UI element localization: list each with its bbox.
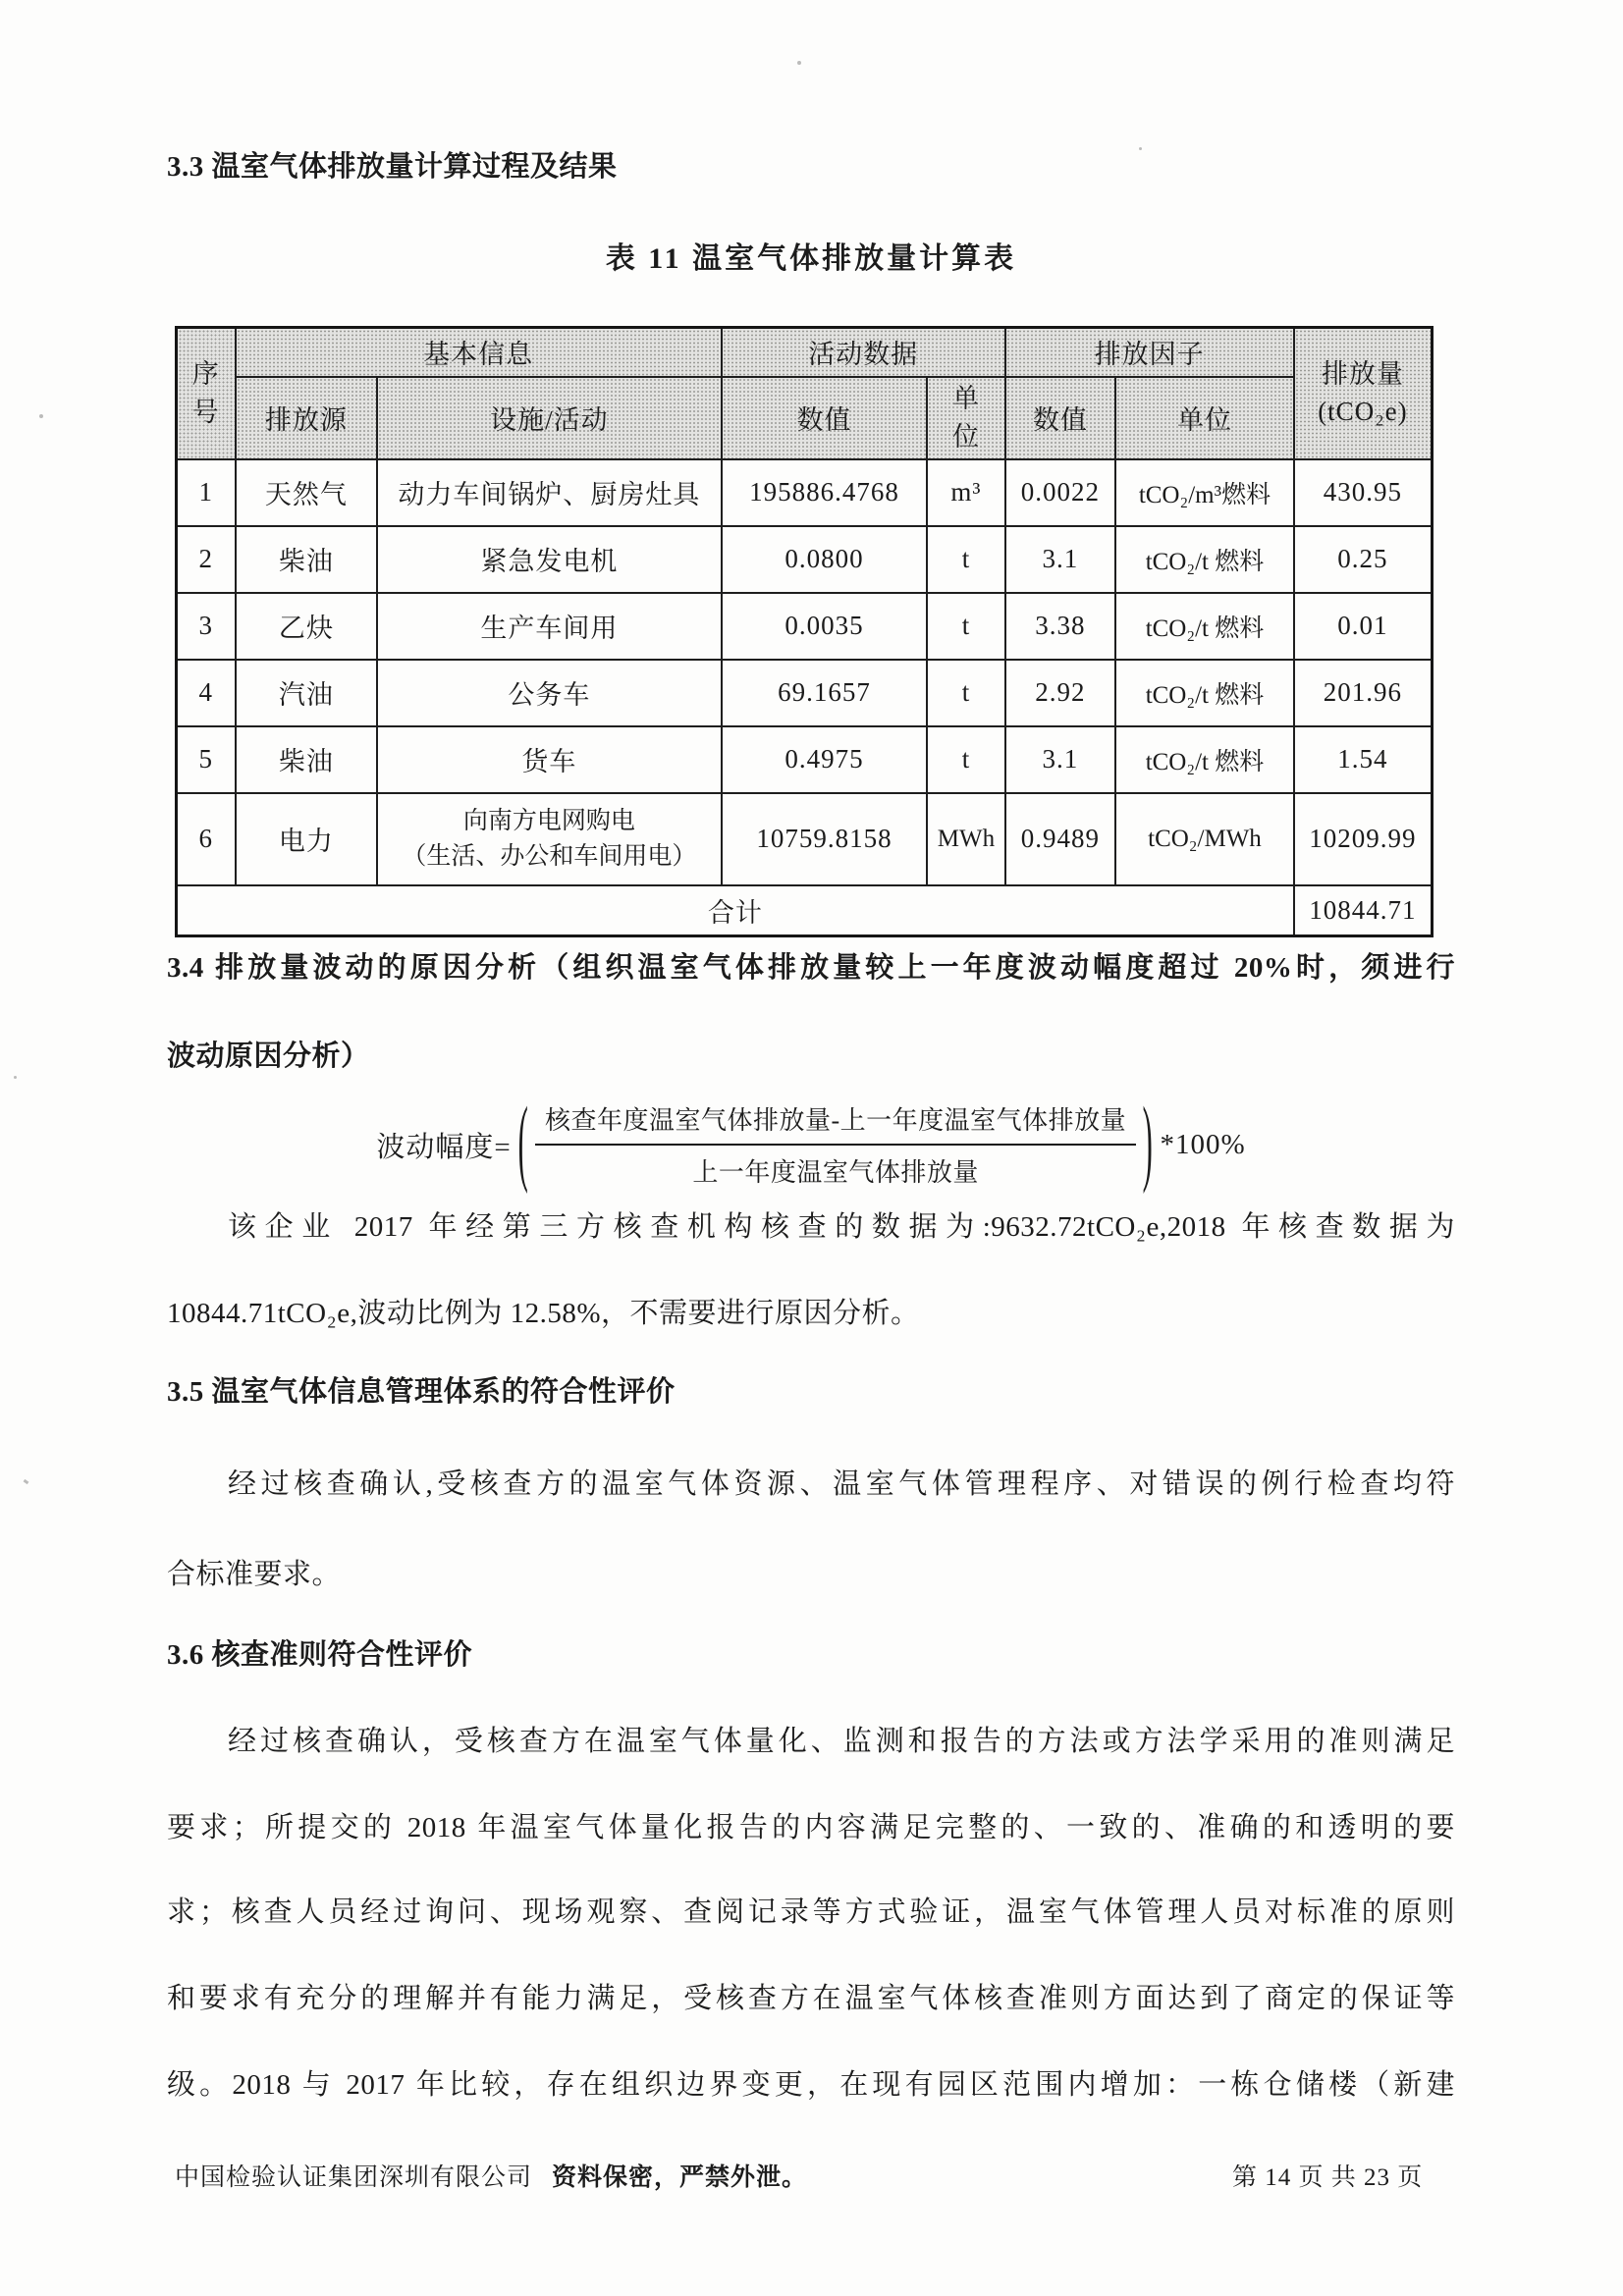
cell-emission: 0.01 [1294,593,1433,660]
para-3-4-line: 10844.71tCO₂e,波动比例为 12.58%，不需要进行原因分析。 [167,1296,1455,1331]
cell-facility: 向南方电网购电 （生活、办公和车间用电） [377,793,721,885]
cell-facility: 紧急发电机 [377,526,721,593]
para-3-5-line: 合标准要求。 [167,1557,1455,1592]
table-row: 4 汽油 公务车 69.1657 t 2.92 tCO₂/t 燃料 201.96 [177,660,1433,726]
header-facility: 设施/活动 [377,377,721,459]
cell-factor-unit: tCO₂/m³燃料 [1115,459,1294,526]
cell-value: 195886.4768 [722,459,928,526]
cell-factor: 3.1 [1005,726,1116,793]
cell-value: 0.4975 [722,726,928,793]
cell-no: 2 [177,526,236,593]
cell-factor-unit: tCO₂/t 燃料 [1115,726,1294,793]
cell-value: 69.1657 [722,660,928,726]
fluctuation-formula: 波动幅度= ( 核查年度温室气体排放量-上一年度温室气体排放量 上一年度温室气体… [167,1097,1455,1192]
emission-calculation-table: 序号 基本信息 活动数据 排放因子 排放量 (tCO₂e) 排放源 设施/活动 … [175,326,1434,937]
cell-facility: 货车 [377,726,721,793]
para-3-4-line: 该企业 2017 年经第三方核查机构核查的数据为:9632.72tCO₂e,20… [167,1209,1455,1245]
header-activity-data: 活动数据 [722,328,1005,377]
header-basic-info: 基本信息 [236,328,722,377]
cell-factor-unit: tCO₂/t 燃料 [1115,660,1294,726]
cell-source: 柴油 [236,526,378,593]
table-caption: 表 11 温室气体排放量计算表 [167,234,1455,277]
cell-unit: t [927,593,1004,660]
para-3-6-line: 和要求有充分的理解并有能力满足，受核查方在温室气体核查准则方面达到了商定的保证等 [167,1981,1455,2016]
formula-multiplier: *100% [1161,1129,1246,1161]
scan-speck [14,1076,17,1079]
cell-no: 5 [177,726,236,793]
header-activity-unit: 单位 [927,377,1004,459]
section-3-4-heading-line2: 波动原因分析） [167,1039,1455,1074]
cell-source: 汽油 [236,660,378,726]
cell-source: 乙炔 [236,593,378,660]
table-row: 3 乙炔 生产车间用 0.0035 t 3.38 tCO₂/t 燃料 0.01 [177,593,1433,660]
cell-no: 6 [177,793,236,885]
cell-emission: 0.25 [1294,526,1433,593]
section-3-4-heading-line1: 3.4 排放量波动的原因分析（组织温室气体排放量较上一年度波动幅度超过 20%时… [167,950,1455,986]
cell-factor: 0.9489 [1005,793,1116,885]
header-emission-label: 排放量 [1299,356,1427,394]
scan-speck [24,1479,29,1484]
table-row: 6 电力 向南方电网购电 （生活、办公和车间用电） 10759.8158 MWh… [177,793,1433,885]
cell-unit: m³ [927,459,1004,526]
cell-value: 10759.8158 [722,793,928,885]
formula-numerator: 核查年度温室气体排放量-上一年度温室气体排放量 [535,1100,1136,1146]
section-3-6-heading: 3.6 核查准则符合性评价 [167,1637,1455,1673]
section-3-3-heading: 3.3 温室气体排放量计算过程及结果 [167,149,1455,185]
cell-factor: 2.92 [1005,660,1116,726]
total-value: 10844.71 [1294,885,1433,936]
para-3-6-line: 求；核查人员经过询问、现场观察、查阅记录等方式验证，温室气体管理人员对标准的原则 [167,1895,1455,1930]
cell-emission: 10209.99 [1294,793,1433,885]
para-3-6-line: 级。2018 与 2017 年比较，存在组织边界变更，在现有园区范围内增加：一栋… [167,2067,1455,2103]
cell-source: 柴油 [236,726,378,793]
cell-value: 0.0035 [722,593,928,660]
header-emission: 排放量 (tCO₂e) [1294,328,1433,459]
formula-fraction: 核查年度温室气体排放量-上一年度温室气体排放量 上一年度温室气体排放量 [535,1100,1136,1189]
header-source: 排放源 [236,377,378,459]
cell-value: 0.0800 [722,526,928,593]
scan-speck [797,61,801,65]
footer-page-number: 第 14 页 共 23 页 [1232,2158,1423,2193]
cell-source: 电力 [236,793,378,885]
table-row: 1 天然气 动力车间锅炉、厨房灶具 195886.4768 m³ 0.0022 … [177,459,1433,526]
table-total-row: 合计 10844.71 [177,885,1433,936]
cell-unit: MWh [927,793,1004,885]
formula-lhs: 波动幅度= [376,1125,511,1165]
cell-source: 天然气 [236,459,378,526]
cell-facility: 生产车间用 [377,593,721,660]
cell-facility: 公务车 [377,660,721,726]
table-row: 2 柴油 紧急发电机 0.0800 t 3.1 tCO₂/t 燃料 0.25 [177,526,1433,593]
cell-unit: t [927,526,1004,593]
header-emission-unit: (tCO₂e) [1299,394,1427,431]
cell-no: 3 [177,593,236,660]
header-no: 序号 [177,328,236,459]
para-3-6-line: 经过核查确认，受核查方在温室气体量化、监测和报告的方法或方法学采用的准则满足 [167,1724,1455,1759]
table-row: 5 柴油 货车 0.4975 t 3.1 tCO₂/t 燃料 1.54 [177,726,1433,793]
close-paren: ) [1143,1096,1154,1194]
open-paren: ( [517,1096,528,1194]
para-3-6-line: 要求；所提交的 2018 年温室气体量化报告的内容满足完整的、一致的、准确的和透… [167,1810,1455,1845]
cell-factor-unit: tCO₂/t 燃料 [1115,526,1294,593]
footer-company: 中国检验认证集团深圳有限公司 [175,2158,532,2193]
header-emission-factor: 排放因子 [1005,328,1294,377]
cell-emission: 430.95 [1294,459,1433,526]
cell-factor: 3.38 [1005,593,1116,660]
cell-no: 1 [177,459,236,526]
header-activity-value: 数值 [722,377,928,459]
header-factor-unit: 单位 [1115,377,1294,459]
cell-emission: 1.54 [1294,726,1433,793]
cell-factor: 3.1 [1005,526,1116,593]
footer-confidential-notice: 资料保密，严禁外泄。 [552,2158,807,2193]
total-label: 合计 [177,885,1294,936]
cell-unit: t [927,660,1004,726]
scan-speck [39,414,43,418]
cell-facility: 动力车间锅炉、厨房灶具 [377,459,721,526]
cell-emission: 201.96 [1294,660,1433,726]
cell-unit: t [927,726,1004,793]
cell-no: 4 [177,660,236,726]
cell-factor: 0.0022 [1005,459,1116,526]
para-3-5-line: 经过核查确认,受核查方的温室气体资源、温室气体管理程序、对错误的例行检查均符 [167,1467,1455,1502]
header-factor-value: 数值 [1005,377,1116,459]
formula-denominator: 上一年度温室气体排放量 [535,1146,1136,1189]
cell-factor-unit: tCO₂/t 燃料 [1115,593,1294,660]
section-3-5-heading: 3.5 温室气体信息管理体系的符合性评价 [167,1374,1455,1410]
scanned-document-page: 3.3 温室气体排放量计算过程及结果 表 11 温室气体排放量计算表 序号 基本… [0,0,1623,2296]
cell-factor-unit: tCO₂/MWh [1115,793,1294,885]
